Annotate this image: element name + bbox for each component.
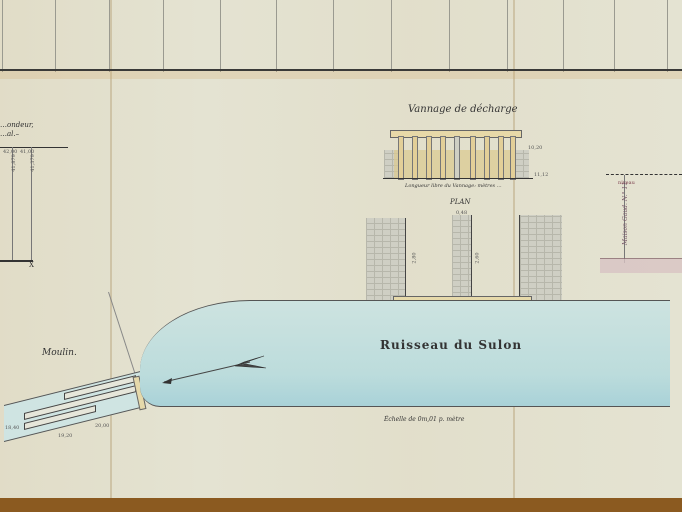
sluice-caption: Longueur libre du Vannage: mètres …	[405, 183, 502, 189]
sluice-ground	[383, 178, 533, 179]
left-marker: X	[29, 261, 34, 269]
mill-channels	[4, 345, 144, 442]
plan-left-pier	[366, 218, 406, 302]
plan-title: PLAN	[450, 198, 471, 206]
left-ground-line	[0, 147, 68, 148]
sluice-title: Vannage de décharge	[408, 104, 518, 115]
right-masonry	[600, 258, 682, 273]
left-heading: …ondeur,	[0, 121, 34, 129]
sluice-gate-elevation	[390, 130, 520, 178]
plan-center-pier	[452, 215, 472, 299]
top-profile-table	[0, 0, 682, 72]
flow-arrow-icon	[160, 352, 270, 388]
river-name: Ruisseau du Sulon	[380, 338, 522, 352]
plan-right-pier	[519, 215, 562, 301]
mill-label: Moulin.	[42, 348, 77, 358]
plan-sheet: …ondeur, …al.– 41,879 41,379 42,00 41,00…	[0, 0, 682, 498]
scale-note: Échelle de 0m,01 p. mètre	[384, 416, 464, 423]
left-subheading: …al.–	[0, 130, 19, 138]
right-vertical-note: Maison Gaud. N.° 11	[622, 182, 629, 245]
table-surface	[0, 498, 682, 512]
